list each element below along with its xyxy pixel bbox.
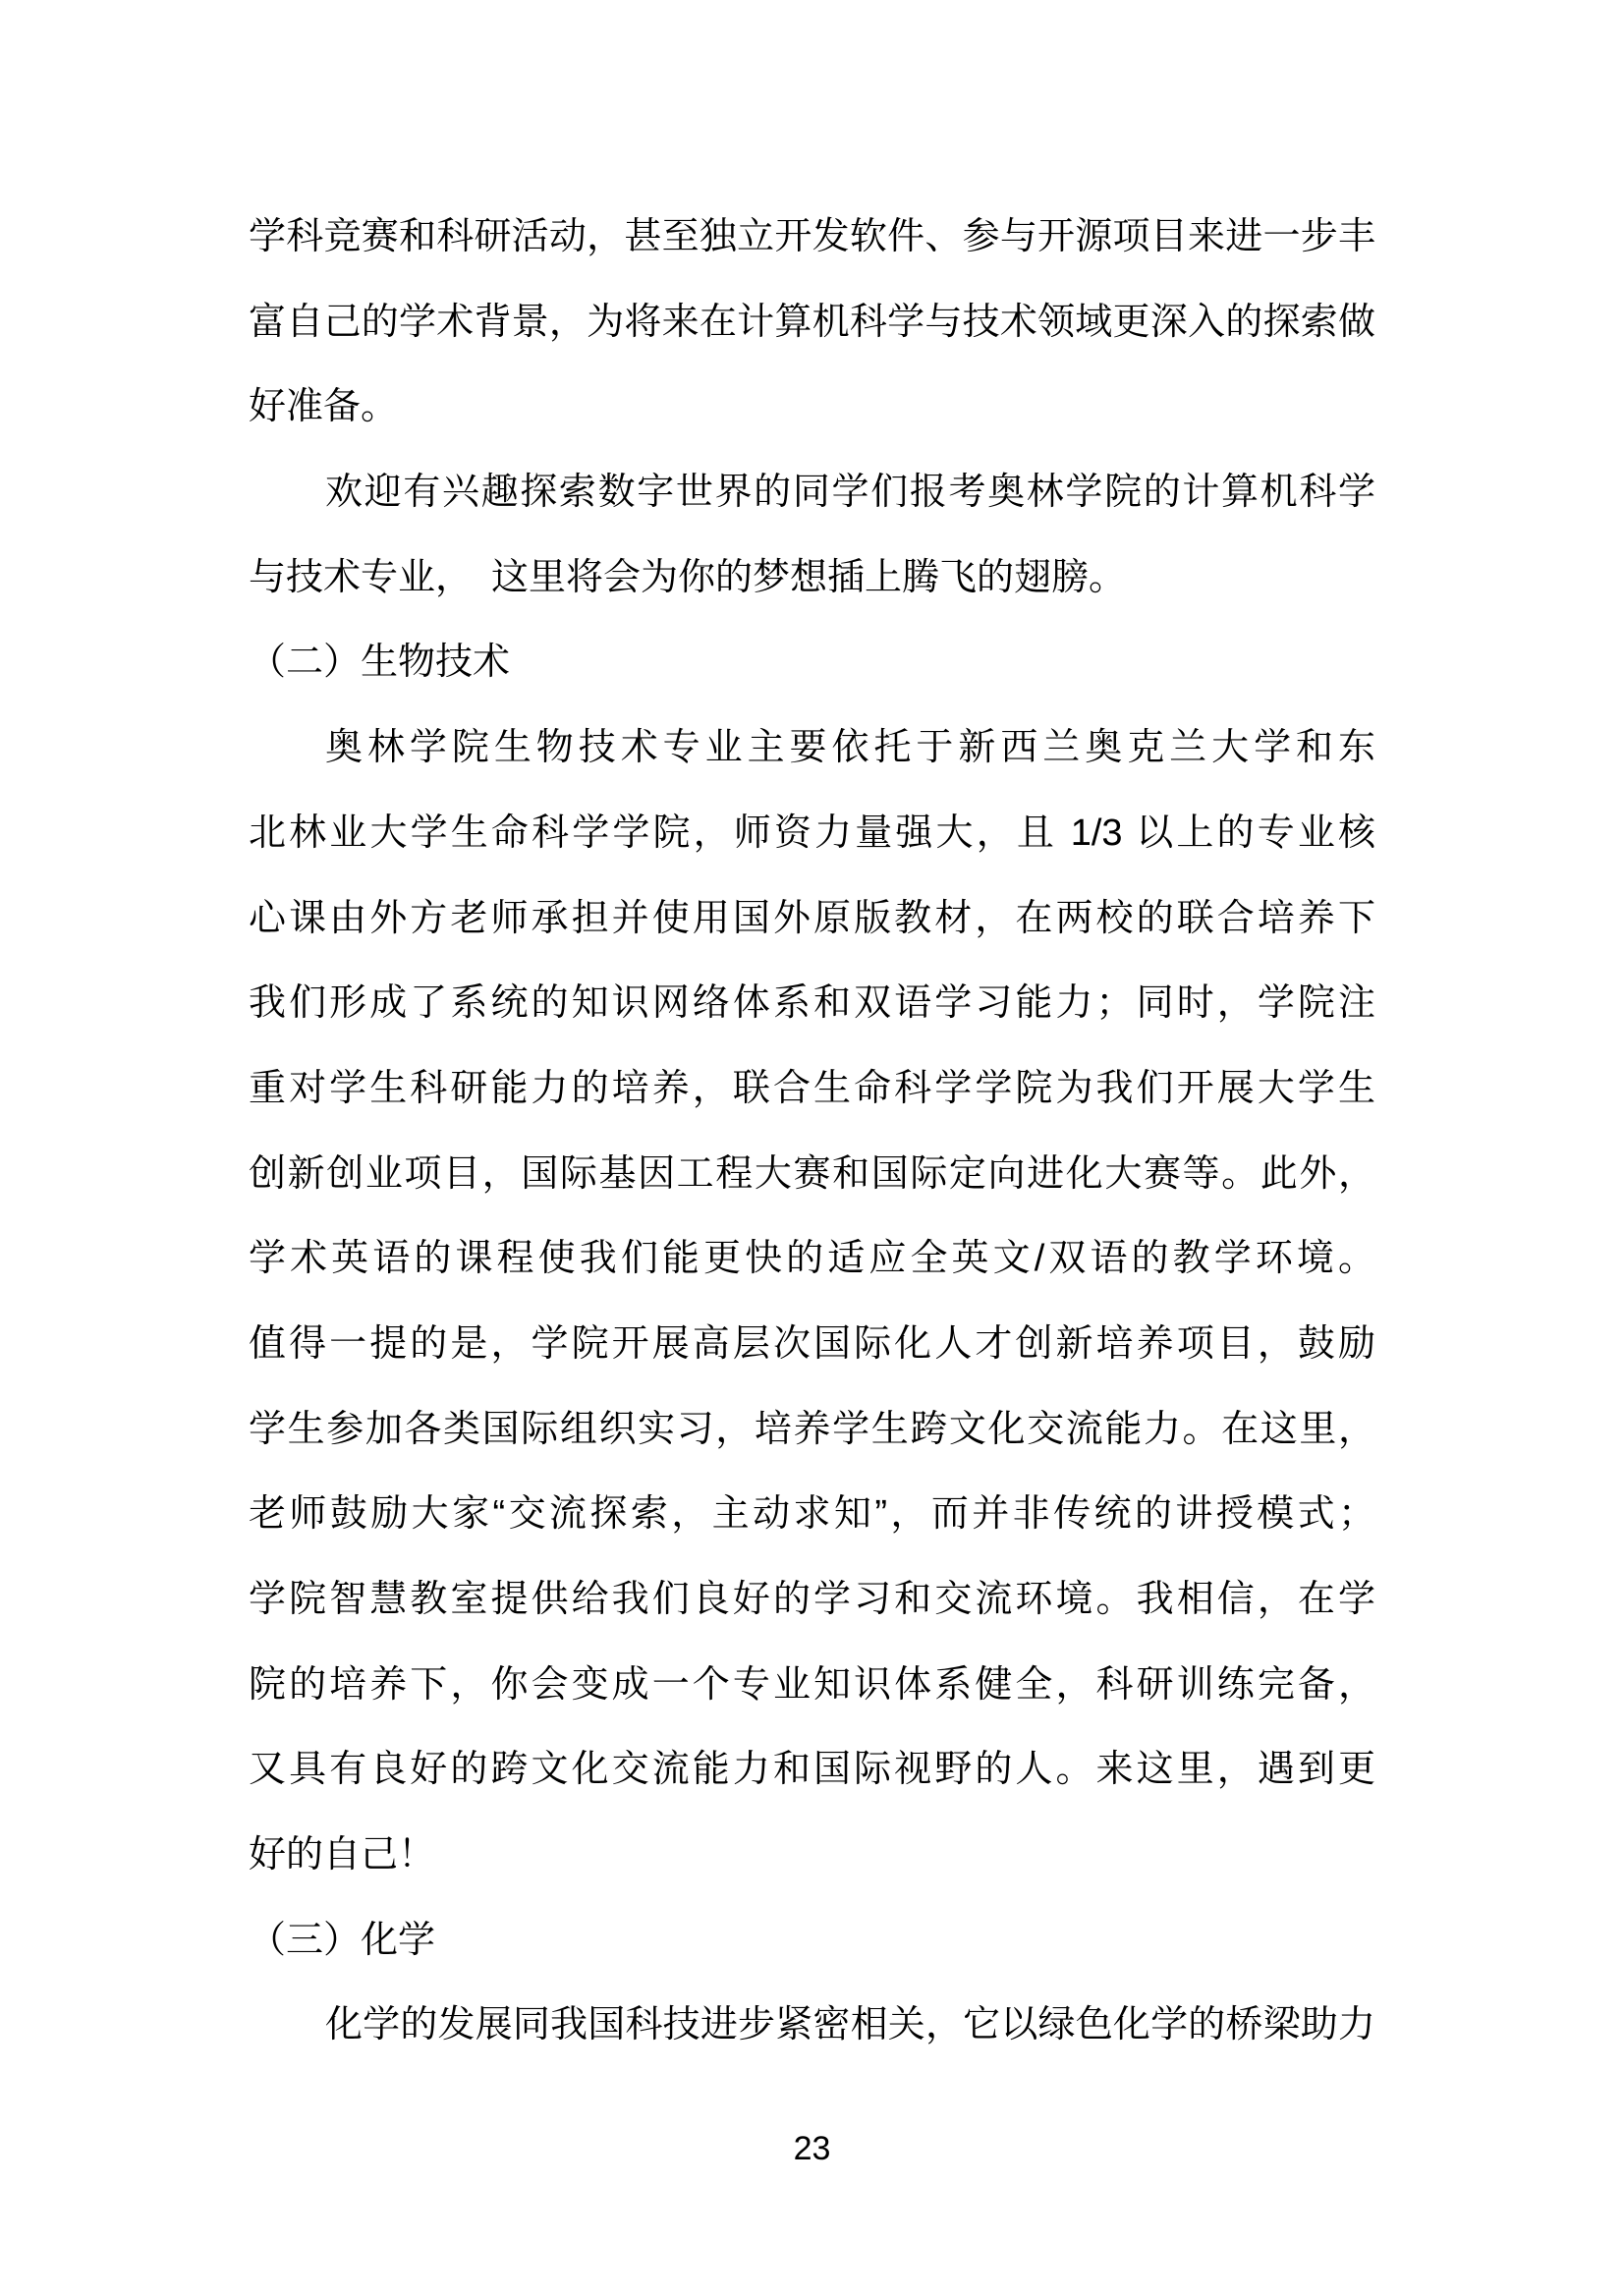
text-line: 值得一提的是，学院开展高层次国际化人才创新培养项目，鼓励: [249, 1302, 1375, 1387]
text-line: 富自己的学术背景，为将来在计算机科学与技术领域更深入的探索做: [249, 280, 1375, 365]
text-line: 与技术专业， 这里将会为你的梦想插上腾飞的翅膀。: [249, 535, 1375, 621]
text-line: 欢迎有兴趣探索数字世界的同学们报考奥林学院的计算机科学: [249, 450, 1375, 535]
text-line: 学科竞赛和科研活动，甚至独立开发软件、参与开源项目来进一步丰: [249, 195, 1375, 280]
section-heading: （二）生物技术: [249, 620, 1375, 705]
document-page: 学科竞赛和科研活动，甚至独立开发软件、参与开源项目来进一步丰 富自己的学术背景，…: [0, 0, 1624, 2296]
text-line: 创新创业项目，国际基因工程大赛和国际定向进化大赛等。此外，: [249, 1132, 1375, 1217]
page-number: 23: [0, 2120, 1624, 2177]
text-line: 学术英语的课程使我们能更快的适应全英文/双语的教学环境。: [249, 1216, 1375, 1302]
text-line: 学生参加各类国际组织实习，培养学生跨文化交流能力。在这里，: [249, 1387, 1375, 1473]
text-line: 学院智慧教室提供给我们良好的学习和交流环境。我相信，在学: [249, 1557, 1375, 1643]
text-line: 好的自己！: [249, 1813, 1375, 1898]
text-line: 又具有良好的跨文化交流能力和国际视野的人。来这里，遇到更: [249, 1727, 1375, 1813]
text-line: 化学的发展同我国科技进步紧密相关，它以绿色化学的桥梁助力: [249, 1983, 1375, 2068]
section-heading: （三）化学: [249, 1898, 1375, 1984]
text-line: 重对学生科研能力的培养，联合生命科学学院为我们开展大学生: [249, 1046, 1375, 1132]
text-line: 我们形成了系统的知识网络体系和双语学习能力；同时，学院注: [249, 961, 1375, 1046]
text-line: 院的培养下，你会变成一个专业知识体系健全，科研训练完备，: [249, 1643, 1375, 1728]
text-line: 心课由外方老师承担并使用国外原版教材，在两校的联合培养下: [249, 876, 1375, 962]
text-line: 老师鼓励大家“交流探索，主动求知”，而并非传统的讲授模式；: [249, 1472, 1375, 1557]
text-line: 北林业大学生命科学学院，师资力量强大，且 1/3 以上的专业核: [249, 791, 1375, 876]
text-line: 好准备。: [249, 364, 1375, 450]
document-body: 学科竞赛和科研活动，甚至独立开发软件、参与开源项目来进一步丰 富自己的学术背景，…: [249, 195, 1375, 2068]
text-line: 奥林学院生物技术专业主要依托于新西兰奥克兰大学和东: [249, 705, 1375, 791]
